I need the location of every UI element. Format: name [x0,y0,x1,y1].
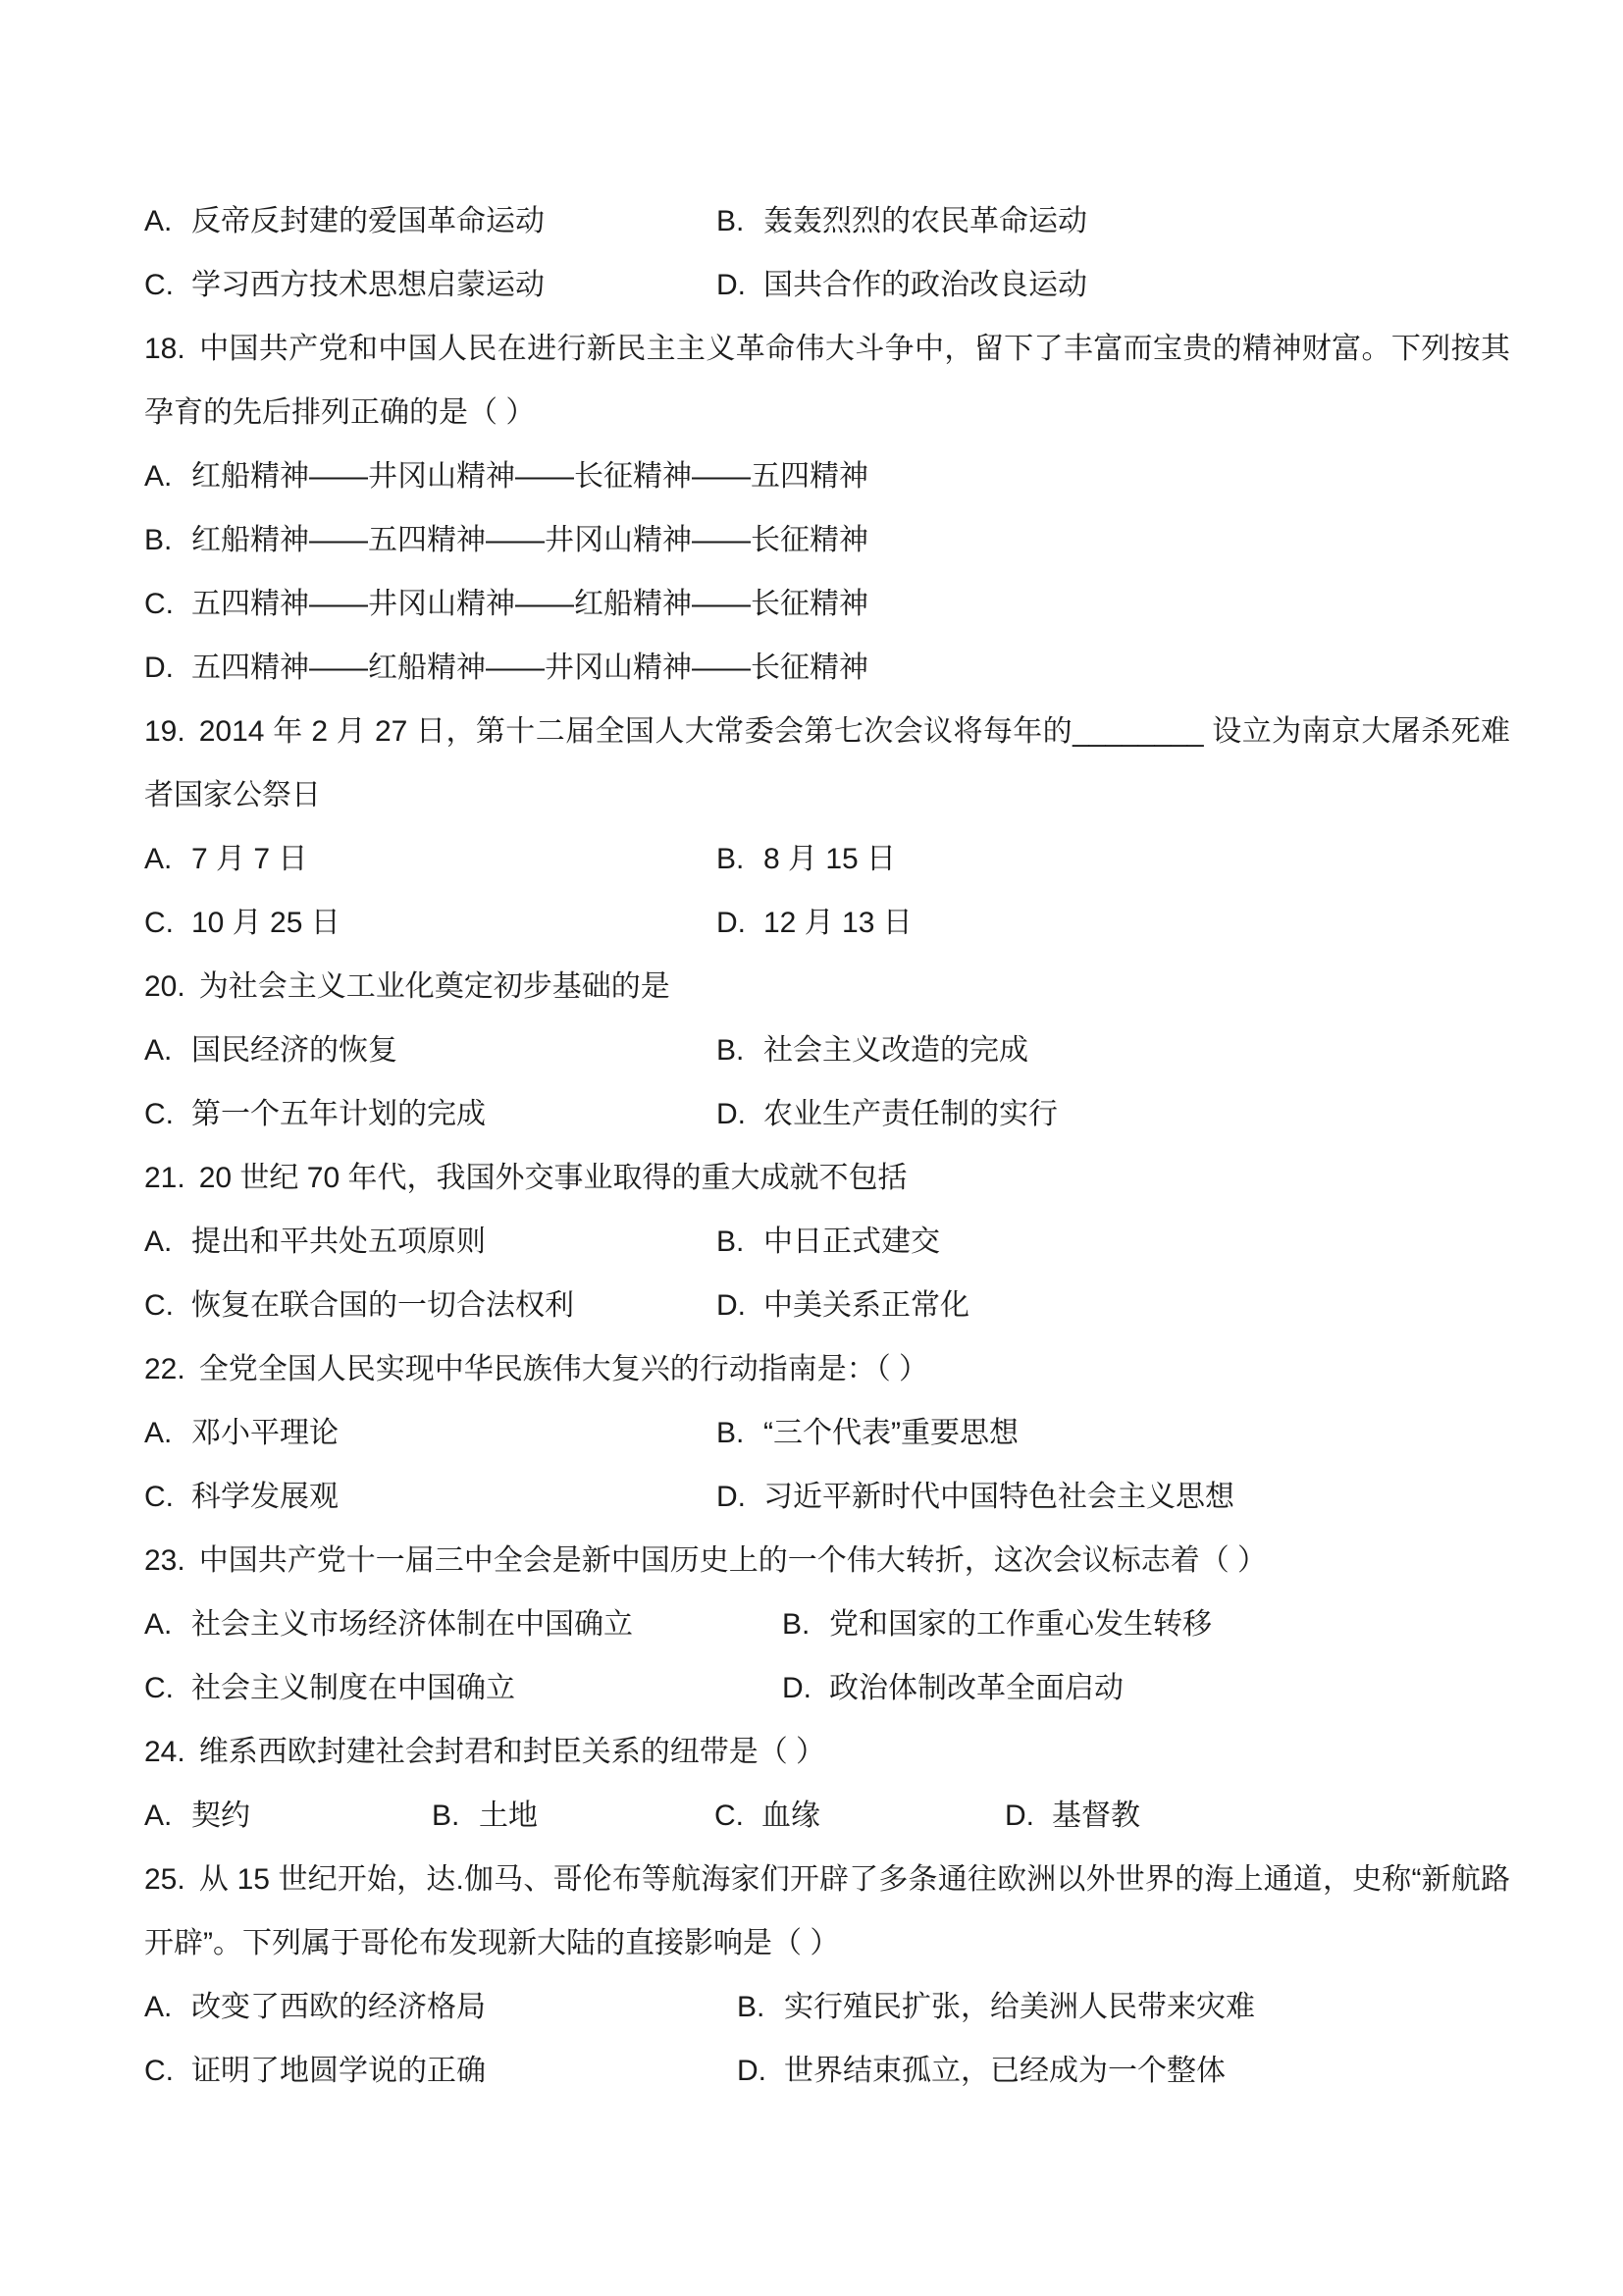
option-label: C. [144,891,191,955]
option-text: 提出和平共处五项原则 [191,1226,486,1258]
option-c: C.恢复在联合国的一切合法权利 [144,1274,716,1337]
option-c: C.第一个五年计划的完成 [144,1082,716,1146]
option-label: A. [144,1592,191,1656]
option-label: B. [144,508,191,572]
option-row: A.提出和平共处五项原则 B.中日正式建交 [144,1210,1510,1274]
option-text: 8 月 15 日 [763,843,896,875]
question-stem-text: 2014 年 2 月 27 日，第十二届全国人大常委会第七次会议将每年的____… [144,715,1510,811]
question-stem: 20.为社会主义工业化奠定初步基础的是 [144,955,1510,1018]
question-stem: 18.中国共产党和中国人民在进行新民主主义革命伟大斗争中，留下了丰富而宝贵的精神… [144,317,1510,444]
option-text: 政治体制改革全面启动 [829,1672,1124,1704]
option-label: A. [144,1018,191,1082]
option-label: B. [716,1401,763,1465]
option-text: 国民经济的恢复 [191,1034,397,1067]
option-text: 党和国家的工作重心发生转移 [829,1608,1212,1641]
option-row: C.五四精神——井冈山精神——红船精神——长征精神 [144,572,1510,636]
option-b: B.社会主义改造的完成 [716,1018,1028,1082]
option-label: D. [716,253,763,317]
option-c: C.证明了地圆学说的正确 [144,2039,737,2103]
option-row: A.7 月 7 日 B.8 月 15 日 [144,827,1510,891]
option-label: C. [144,1656,191,1720]
option-a: A.邓小平理论 [144,1401,716,1465]
option-text: 红船精神——五四精神——井冈山精神——长征精神 [191,524,868,556]
question-number: 23. [144,1544,185,1577]
option-label: C. [714,1784,761,1848]
question-stem-text: 中国共产党十一届三中全会是新中国历史上的一个伟大转折，这次会议标志着（ ） [199,1544,1267,1577]
option-label: A. [144,1784,191,1848]
option-row: A.反帝反封建的爱国革命运动 B.轰轰烈烈的农民革命运动 [144,189,1510,253]
option-text: 中日正式建交 [763,1226,940,1258]
option-d: D.习近平新时代中国特色社会主义思想 [716,1465,1234,1529]
option-row: C.恢复在联合国的一切合法权利 D.中美关系正常化 [144,1274,1510,1337]
option-label: C. [144,253,191,317]
exam-page: A.反帝反封建的爱国革命运动 B.轰轰烈烈的农民革命运动 C.学习西方技术思想启… [0,0,1623,2296]
option-row: C.第一个五年计划的完成 D.农业生产责任制的实行 [144,1082,1510,1146]
question-stem: 25.从 15 世纪开始，达.伽马、哥伦布等航海家们开辟了多条通往欧洲以外世界的… [144,1848,1510,1975]
option-row: D.五四精神——红船精神——井冈山精神——长征精神 [144,636,1510,700]
question-17: A.反帝反封建的爱国革命运动 B.轰轰烈烈的农民革命运动 C.学习西方技术思想启… [144,189,1510,317]
option-text: 邓小平理论 [191,1417,339,1449]
option-text: 第一个五年计划的完成 [191,1098,486,1130]
option-d: D.世界结束孤立，已经成为一个整体 [737,2039,1226,2103]
option-row: A.社会主义市场经济体制在中国确立 B.党和国家的工作重心发生转移 [144,1592,1510,1656]
option-a: A.契约 [144,1784,432,1848]
option-label: B. [737,1975,784,2039]
question-stem-text: 从 15 世纪开始，达.伽马、哥伦布等航海家们开辟了多条通往欧洲以外世界的海上通… [144,1863,1510,1959]
option-text: 农业生产责任制的实行 [763,1098,1058,1130]
option-b: B.土地 [432,1784,714,1848]
question-stem: 22.全党全国人民实现中华民族伟大复兴的行动指南是：（ ） [144,1337,1510,1401]
option-label: A. [144,1975,191,2039]
option-text: 10 月 25 日 [191,907,340,939]
option-label: B. [716,1018,763,1082]
option-label: B. [716,189,763,253]
questions-container: A.反帝反封建的爱国革命运动 B.轰轰烈烈的农民革命运动 C.学习西方技术思想启… [144,189,1510,2103]
option-label: A. [144,189,191,253]
option-c: C.社会主义制度在中国确立 [144,1656,782,1720]
option-label: D. [716,891,763,955]
option-label: C. [144,572,191,636]
question-23: 23.中国共产党十一届三中全会是新中国历史上的一个伟大转折，这次会议标志着（ ）… [144,1529,1510,1720]
option-text: 社会主义改造的完成 [763,1034,1028,1067]
option-a: A.红船精神——井冈山精神——长征精神——五四精神 [144,444,868,508]
option-row: A.契约 B.土地 C.血缘 D.基督教 [144,1784,1510,1848]
option-c: C.科学发展观 [144,1465,716,1529]
option-label: D. [716,1465,763,1529]
option-b: B.轰轰烈烈的农民革命运动 [716,189,1087,253]
option-d: D.国共合作的政治改良运动 [716,253,1087,317]
option-a: A.国民经济的恢复 [144,1018,716,1082]
option-row: C.学习西方技术思想启蒙运动 D.国共合作的政治改良运动 [144,253,1510,317]
option-text: 改变了西欧的经济格局 [191,1991,486,2023]
option-label: B. [432,1784,479,1848]
option-d: D.政治体制改革全面启动 [782,1656,1124,1720]
option-d: D.基督教 [1005,1784,1140,1848]
option-text: 实行殖民扩张，给美洲人民带来灾难 [784,1991,1255,2023]
question-24: 24.维系西欧封建社会封君和封臣关系的纽带是（ ） A.契约 B.土地 C.血缘… [144,1720,1510,1848]
option-text: 轰轰烈烈的农民革命运动 [763,205,1087,237]
question-number: 19. [144,715,185,748]
option-text: 科学发展观 [191,1481,339,1513]
option-b: B.实行殖民扩张，给美洲人民带来灾难 [737,1975,1255,2039]
option-text: 学习西方技术思想启蒙运动 [191,269,545,301]
option-row: C.科学发展观 D.习近平新时代中国特色社会主义思想 [144,1465,1510,1529]
question-22: 22.全党全国人民实现中华民族伟大复兴的行动指南是：（ ） A.邓小平理论 B.… [144,1337,1510,1529]
option-label: B. [716,827,763,891]
option-label: C. [144,1274,191,1337]
option-label: A. [144,1401,191,1465]
question-stem: 23.中国共产党十一届三中全会是新中国历史上的一个伟大转折，这次会议标志着（ ） [144,1529,1510,1592]
question-number: 22. [144,1353,185,1385]
option-label: C. [144,2039,191,2103]
option-a: A.反帝反封建的爱国革命运动 [144,189,716,253]
option-d: D.中美关系正常化 [716,1274,969,1337]
question-stem: 19.2014 年 2 月 27 日，第十二届全国人大常委会第七次会议将每年的_… [144,700,1510,827]
question-number: 25. [144,1863,185,1896]
option-d: D.五四精神——红船精神——井冈山精神——长征精神 [144,636,868,700]
option-row: A.国民经济的恢复 B.社会主义改造的完成 [144,1018,1510,1082]
option-text: 红船精神——井冈山精神——长征精神——五四精神 [191,460,868,493]
option-label: D. [716,1082,763,1146]
option-text: 恢复在联合国的一切合法权利 [191,1289,574,1322]
option-row: C.社会主义制度在中国确立 D.政治体制改革全面启动 [144,1656,1510,1720]
option-c: C.血缘 [714,1784,1005,1848]
question-number: 20. [144,970,185,1003]
option-text: 12 月 13 日 [763,907,913,939]
option-b: B.红船精神——五四精神——井冈山精神——长征精神 [144,508,868,572]
option-label: A. [144,1210,191,1274]
option-d: D.农业生产责任制的实行 [716,1082,1058,1146]
option-text: 国共合作的政治改良运动 [763,269,1087,301]
question-stem: 24.维系西欧封建社会封君和封臣关系的纽带是（ ） [144,1720,1510,1784]
option-text: 7 月 7 日 [191,843,307,875]
option-row: A.改变了西欧的经济格局 B.实行殖民扩张，给美洲人民带来灾难 [144,1975,1510,2039]
option-row: B.红船精神——五四精神——井冈山精神——长征精神 [144,508,1510,572]
option-text: “三个代表”重要思想 [763,1417,1019,1449]
option-b: B.“三个代表”重要思想 [716,1401,1019,1465]
question-stem-text: 维系西欧封建社会封君和封臣关系的纽带是（ ） [199,1736,825,1768]
question-number: 18. [144,333,185,365]
option-row: C.10 月 25 日 D.12 月 13 日 [144,891,1510,955]
option-label: D. [782,1656,829,1720]
option-text: 土地 [479,1800,538,1832]
option-a: A.提出和平共处五项原则 [144,1210,716,1274]
question-stem: 21.20 世纪 70 年代，我国外交事业取得的重大成就不包括 [144,1146,1510,1210]
option-text: 中美关系正常化 [763,1289,969,1322]
question-stem-text: 为社会主义工业化奠定初步基础的是 [199,970,670,1003]
option-label: D. [1005,1784,1052,1848]
option-text: 血缘 [761,1800,820,1832]
question-number: 24. [144,1736,185,1768]
option-text: 社会主义制度在中国确立 [191,1672,515,1704]
question-stem-text: 全党全国人民实现中华民族伟大复兴的行动指南是：（ ） [199,1353,928,1385]
option-row: A.邓小平理论 B.“三个代表”重要思想 [144,1401,1510,1465]
question-18: 18.中国共产党和中国人民在进行新民主主义革命伟大斗争中，留下了丰富而宝贵的精神… [144,317,1510,700]
option-text: 基督教 [1052,1800,1140,1832]
option-text: 契约 [191,1800,250,1832]
option-text: 世界结束孤立，已经成为一个整体 [784,2055,1226,2087]
option-label: C. [144,1082,191,1146]
option-label: A. [144,444,191,508]
option-text: 证明了地圆学说的正确 [191,2055,486,2087]
option-text: 五四精神——井冈山精神——红船精神——长征精神 [191,588,868,620]
option-row: C.证明了地圆学说的正确 D.世界结束孤立，已经成为一个整体 [144,2039,1510,2103]
option-b: B.8 月 15 日 [716,827,896,891]
option-label: D. [144,636,191,700]
option-text: 反帝反封建的爱国革命运动 [191,205,545,237]
question-stem-text: 中国共产党和中国人民在进行新民主主义革命伟大斗争中，留下了丰富而宝贵的精神财富。… [144,333,1510,429]
option-label: C. [144,1465,191,1529]
option-d: D.12 月 13 日 [716,891,913,955]
question-25: 25.从 15 世纪开始，达.伽马、哥伦布等航海家们开辟了多条通往欧洲以外世界的… [144,1848,1510,2103]
option-c: C.学习西方技术思想启蒙运动 [144,253,716,317]
option-b: B.中日正式建交 [716,1210,940,1274]
option-text: 习近平新时代中国特色社会主义思想 [763,1481,1234,1513]
option-text: 社会主义市场经济体制在中国确立 [191,1608,633,1641]
option-label: D. [716,1274,763,1337]
option-a: A.7 月 7 日 [144,827,716,891]
question-21: 21.20 世纪 70 年代，我国外交事业取得的重大成就不包括 A.提出和平共处… [144,1146,1510,1337]
option-b: B.党和国家的工作重心发生转移 [782,1592,1212,1656]
option-text: 五四精神——红船精神——井冈山精神——长征精神 [191,652,868,684]
option-label: B. [782,1592,829,1656]
option-a: A.改变了西欧的经济格局 [144,1975,737,2039]
option-row: A.红船精神——井冈山精神——长征精神——五四精神 [144,444,1510,508]
question-stem-text: 20 世纪 70 年代，我国外交事业取得的重大成就不包括 [199,1162,908,1194]
option-label: D. [737,2039,784,2103]
question-number: 21. [144,1162,185,1194]
question-20: 20.为社会主义工业化奠定初步基础的是 A.国民经济的恢复 B.社会主义改造的完… [144,955,1510,1146]
question-19: 19.2014 年 2 月 27 日，第十二届全国人大常委会第七次会议将每年的_… [144,700,1510,955]
option-c: C.五四精神——井冈山精神——红船精神——长征精神 [144,572,868,636]
option-label: A. [144,827,191,891]
option-label: B. [716,1210,763,1274]
option-c: C.10 月 25 日 [144,891,716,955]
option-a: A.社会主义市场经济体制在中国确立 [144,1592,782,1656]
